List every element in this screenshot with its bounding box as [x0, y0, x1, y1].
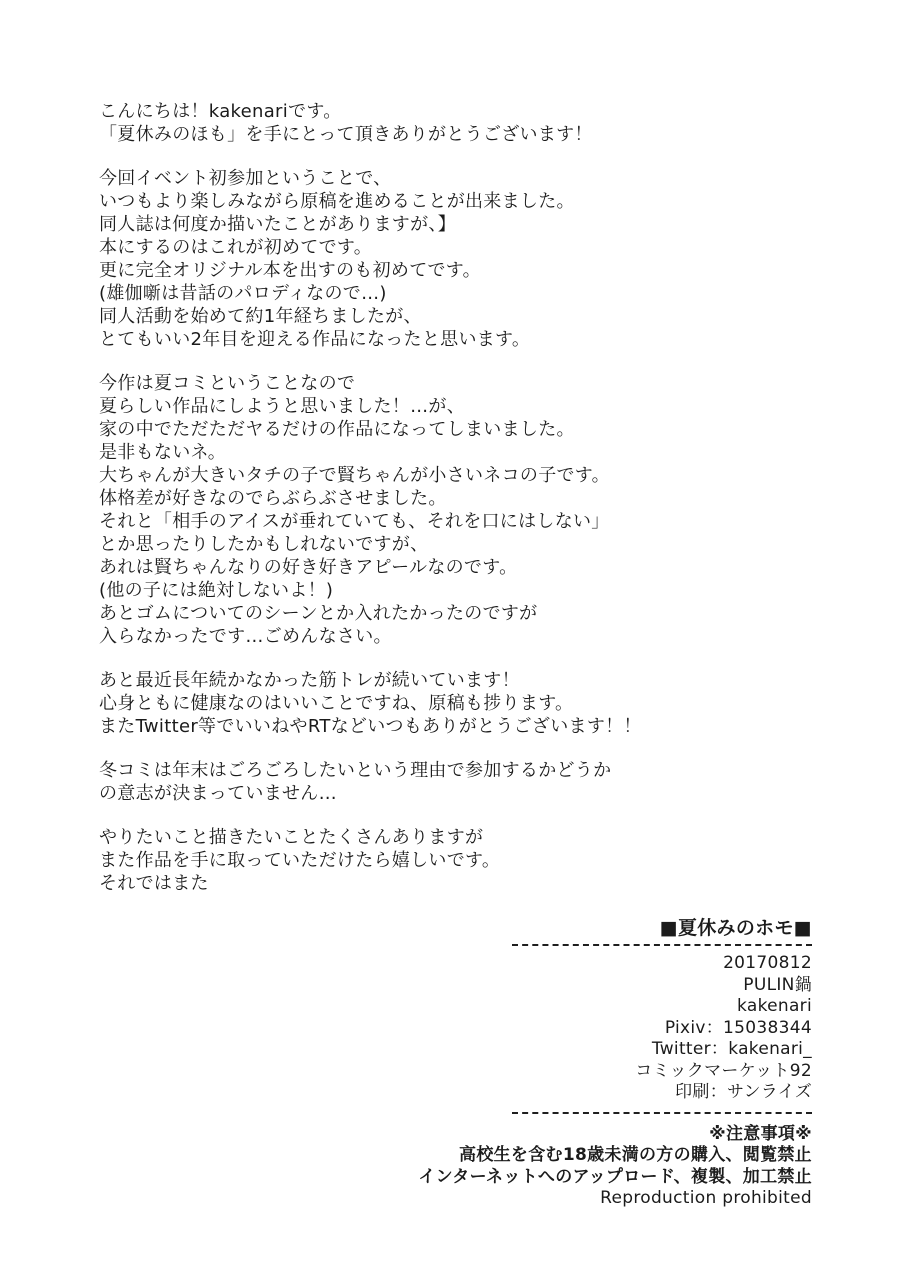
text-line: やりたいこと描きたいことたくさんありますが — [99, 826, 642, 849]
text-line: 本にするのはこれが初めてです。 — [99, 236, 642, 259]
text-line: いつもより楽しみながら原稿を進めることが出来ました。 — [99, 190, 642, 213]
paragraph-work-notes: 今作は夏コミということなので 夏らしい作品にしようと思いました！…が、 家の中で… — [99, 372, 642, 648]
divider-dashed-top — [512, 944, 812, 946]
text-line: それと「相手のアイスが垂れていても、それを口にはしない」 — [99, 510, 642, 533]
afterword-text: こんにちは！kakenariです。 「夏休みのほも」を手にとって頂きありがとうご… — [99, 100, 642, 916]
text-line: (雄伽噺は昔話のパロディなので…) — [99, 282, 642, 305]
text-line: の意志が決まっていません… — [99, 782, 642, 805]
text-line: とか思ったりしたかもしれないですが、 — [99, 533, 642, 556]
colophon-date: 20170812 — [418, 953, 812, 975]
text-line: あと最近長年続かなかった筋トレが続いています！ — [99, 669, 642, 692]
text-line: 体格差が好きなのでらぶらぶさせました。 — [99, 487, 642, 510]
paragraph-winter-comiket: 冬コミは年末はごろごろしたいという理由で参加するかどうか の意志が決まっていませ… — [99, 759, 642, 805]
text-line: またTwitter等でいいねやRTなどいつもありがとうございます！！ — [99, 715, 642, 738]
text-line: 夏らしい作品にしようと思いました！…が、 — [99, 395, 642, 418]
text-line: 冬コミは年末はごろごろしたいという理由で参加するかどうか — [99, 759, 642, 782]
text-line: あとゴムについてのシーンとか入れたかったのですが — [99, 602, 642, 625]
notice-heading: ※注意事項※ — [418, 1124, 812, 1146]
text-line: とてもいい2年目を迎える作品になったと思います。 — [99, 328, 642, 351]
colophon-circle-name: PULIN鍋 — [418, 975, 812, 997]
text-line: 心身ともに健康なのはいいことですね、原稿も捗ります。 — [99, 692, 642, 715]
notice-line-upload-ban: インターネットへのアップロード、複製、加工禁止 — [418, 1167, 812, 1189]
colophon: ■夏休みのホモ■ 20170812 PULIN鍋 kakenari Pixiv：… — [418, 916, 812, 1210]
paragraph-first-event: 今回イベント初参加ということで、 いつもより楽しみながら原稿を進めることが出来ま… — [99, 167, 642, 351]
divider-dashed-bottom — [512, 1112, 812, 1114]
paragraph-recent-life: あと最近長年続かなかった筋トレが続いています！ 心身ともに健康なのはいいことです… — [99, 669, 642, 738]
colophon-pixiv-id: Pixiv：15038344 — [418, 1018, 812, 1040]
book-title: ■夏休みのホモ■ — [418, 916, 812, 940]
colophon-printer: 印刷：サンライズ — [418, 1082, 812, 1104]
notice-line-reproduction: Reproduction prohibited — [418, 1188, 812, 1210]
page: こんにちは！kakenariです。 「夏休みのほも」を手にとって頂きありがとうご… — [0, 0, 907, 1280]
text-line: 家の中でただただヤるだけの作品になってしまいました。 — [99, 418, 642, 441]
colophon-author-name: kakenari — [418, 996, 812, 1018]
text-line: 「夏休みのほも」を手にとって頂きありがとうございます！ — [99, 123, 642, 146]
notice-line-purchase-ban: 高校生を含む18歳未満の方の購入、閲覧禁止 — [418, 1145, 812, 1167]
text-line: あれは賢ちゃんなりの好き好きアピールなのです。 — [99, 556, 642, 579]
text-line: 同人活動を始めて約1年経ちましたが、 — [99, 305, 642, 328]
text-line: 大ちゃんが大きいタチの子で賢ちゃんが小さいネコの子です。 — [99, 464, 642, 487]
text-line: 是非もないネ。 — [99, 441, 642, 464]
text-line: (他の子には絶対しないよ！) — [99, 579, 642, 602]
paragraph-closing: やりたいこと描きたいことたくさんありますが また作品を手に取っていただけたら嬉し… — [99, 826, 642, 895]
colophon-twitter-id: Twitter：kakenari_ — [418, 1039, 812, 1061]
text-line: 今回イベント初参加ということで、 — [99, 167, 642, 190]
colophon-event: コミックマーケット92 — [418, 1061, 812, 1083]
text-line: それではまた — [99, 872, 642, 895]
paragraph-greeting: こんにちは！kakenariです。 「夏休みのほも」を手にとって頂きありがとうご… — [99, 100, 642, 146]
text-line: また作品を手に取っていただけたら嬉しいです。 — [99, 849, 642, 872]
text-line: 今作は夏コミということなので — [99, 372, 642, 395]
text-line: 更に完全オリジナル本を出すのも初めてです。 — [99, 259, 642, 282]
text-line: 入らなかったです…ごめんなさい。 — [99, 625, 642, 648]
text-line: こんにちは！kakenariです。 — [99, 100, 642, 123]
text-line: 同人誌は何度か描いたことがありますが、】 — [99, 213, 642, 236]
